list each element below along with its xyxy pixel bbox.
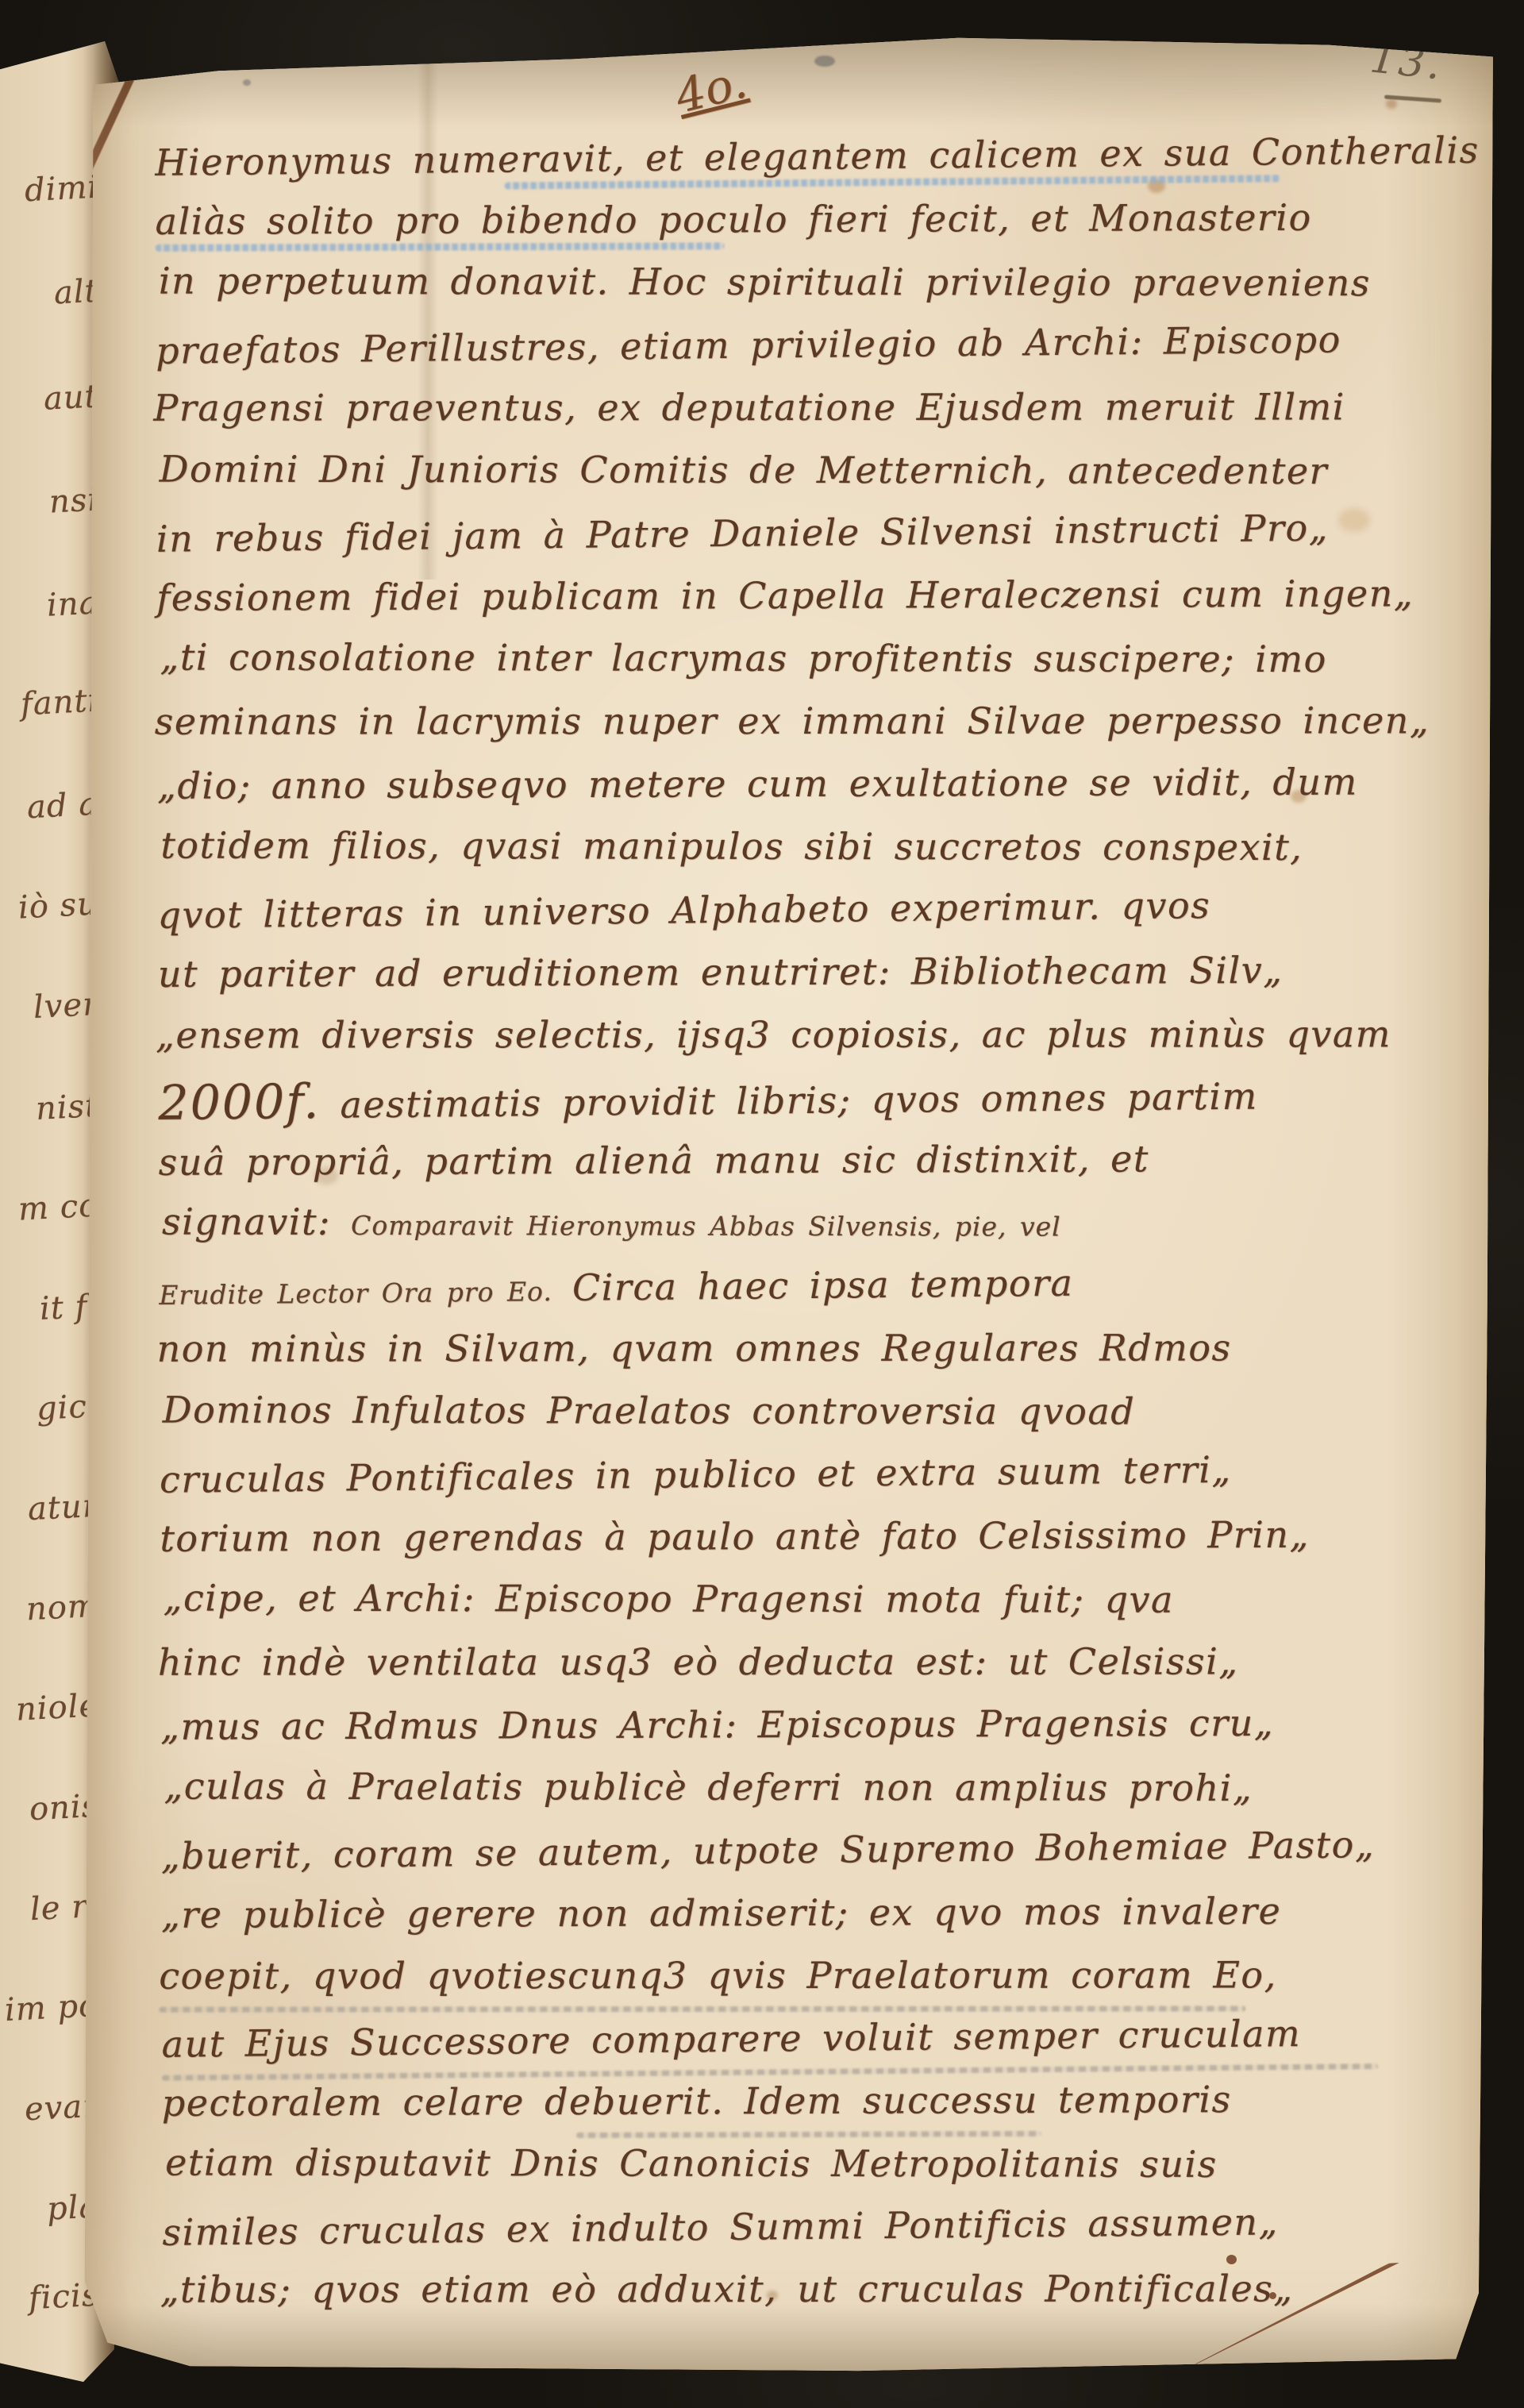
manuscript-line: suâ propriâ, partim alienâ manu sic dist… xyxy=(159,1127,1453,1194)
manuscript-text: praefatos Perillustres, etiam privilegio… xyxy=(156,318,1341,372)
manuscript-text: similes cruculas ex indulto Summi Pontif… xyxy=(162,2200,1279,2253)
manuscript-text: aliàs solito pro bibendo poculo fieri fe… xyxy=(155,196,1311,243)
manuscript-line: „tibus; qvos etiam eò adduxit, ut crucul… xyxy=(160,2257,1454,2321)
manuscript-text: seminans in lacrymis nuper ex immani Sil… xyxy=(155,699,1430,742)
manuscript-text: pectoralem celare debuerit. Idem success… xyxy=(162,2078,1232,2125)
manuscript-text: in rebus fidei jam à Patre Daniele Silve… xyxy=(156,507,1329,561)
manuscript-text: „cipe, et Archi: Episcopo Pragensi mota … xyxy=(164,1577,1174,1621)
manuscript-text: „buerit, coram se autem, utpote Supremo … xyxy=(161,1823,1376,1878)
manuscript-text: „ensem diversis selectis, ijsq3 copiosis… xyxy=(156,1012,1391,1056)
manuscript-line: „dio; anno subseqvo metere cum exultatio… xyxy=(157,750,1451,818)
manuscript-line: seminans in lacrymis nuper ex immani Sil… xyxy=(155,689,1449,753)
manuscript-text: ut pariter ad eruditionem enutriret: Bib… xyxy=(158,949,1283,996)
manuscript-line: „culas à Praelatis publicè deferri non a… xyxy=(164,1755,1457,1820)
manuscript-line: qvot litteras in universo Alphabeto expe… xyxy=(157,872,1452,947)
manuscript-text: „re publicè gerere non admiserit; ex qvo… xyxy=(161,1890,1281,1936)
manuscript-line: similes cruculas ex indulto Summi Pontif… xyxy=(162,2189,1457,2264)
manuscript-line: hinc indè ventilata usq3 eò deducta est:… xyxy=(158,1630,1452,1693)
manuscript-text: Comparavit Hieronymus Abbas Silvensis, p… xyxy=(351,1210,1061,1243)
ink-dot xyxy=(1269,2292,1276,2299)
ink-stain xyxy=(814,56,835,67)
manuscript-line: Domini Dni Junioris Comitis de Metternic… xyxy=(160,438,1453,503)
manuscript-page: 4o. 13. Hieronymus numeravit, et elegant… xyxy=(76,24,1499,2375)
manuscript-photo: { "photo": { "background_color": "#17140… xyxy=(0,0,1524,2408)
manuscript-text: „culas à Praelatis publicè deferri non a… xyxy=(164,1765,1253,1809)
manuscript-line: fessionem fidei publicam in Capella Hera… xyxy=(156,562,1450,630)
manuscript-line: in rebus fidei jam à Patre Daniele Silve… xyxy=(156,495,1451,571)
manuscript-line: coepit, qvod qvotiescunq3 qvis Praelator… xyxy=(159,1944,1453,2007)
manuscript-text: Erudite Lector Ora pro Eo. xyxy=(159,1276,552,1311)
manuscript-text: torium non gerendas à paulo antè fato Ce… xyxy=(160,1513,1310,1560)
manuscript-text-block: Hieronymus numeravit, et elegantem calic… xyxy=(155,123,1457,2323)
manuscript-text: Dominos Infulatos Praelatos controversia… xyxy=(163,1389,1135,1433)
manuscript-text: Pragensi praeventus, ex deputatione Ejus… xyxy=(153,385,1345,429)
manuscript-line: cruculas Pontificales in publico et extr… xyxy=(160,1436,1454,1512)
manuscript-line: Hieronymus numeravit, et elegantem calic… xyxy=(155,119,1449,195)
manuscript-text: Hieronymus numeravit, et elegantem calic… xyxy=(155,129,1480,184)
manuscript-line: praefatos Perillustres, etiam privilegio… xyxy=(156,307,1450,383)
manuscript-text: coepit, qvod qvotiescunq3 qvis Praelator… xyxy=(159,1953,1276,1997)
manuscript-text: suâ propriâ, partim alienâ manu sic dist… xyxy=(159,1137,1149,1183)
manuscript-line: „mus ac Rdmus Dnus Archi: Episcopus Prag… xyxy=(160,1691,1454,1759)
manuscript-line: Pragensi praeventus, ex deputatione Ejus… xyxy=(153,376,1447,439)
manuscript-line: Erudite Lector Ora pro Eo. Circa haec ip… xyxy=(159,1248,1453,1323)
manuscript-text: 2000f. xyxy=(158,1074,321,1131)
manuscript-text: „dio; anno subseqvo metere cum exultatio… xyxy=(157,761,1358,807)
manuscript-text: signavit: xyxy=(162,1200,351,1243)
manuscript-line: aliàs solito pro bibendo poculo fieri fe… xyxy=(155,186,1449,253)
foxing-stain xyxy=(1386,99,1397,109)
page-number: 13. xyxy=(1368,34,1445,89)
manuscript-line: non minùs in Silvam, qvam omnes Regulare… xyxy=(157,1316,1451,1380)
manuscript-text: Domini Dni Junioris Comitis de Metternic… xyxy=(160,448,1328,493)
manuscript-line: „ti consolatione inter lacrymas profiten… xyxy=(160,626,1453,692)
manuscript-text: non minùs in Silvam, qvam omnes Regulare… xyxy=(157,1327,1232,1370)
manuscript-text: totidem filios, qvasi manipulos sibi suc… xyxy=(160,824,1303,869)
page-top-shadow xyxy=(76,24,1499,127)
manuscript-line: „cipe, et Archi: Episcopo Pragensi mota … xyxy=(164,1567,1457,1632)
manuscript-line: torium non gerendas à paulo antè fato Ce… xyxy=(160,1503,1453,1570)
manuscript-line: etiam disputavit Dnis Canonicis Metropol… xyxy=(165,2132,1459,2197)
manuscript-text: fessionem fidei publicam in Capella Hera… xyxy=(156,572,1414,619)
manuscript-text: „tibus; qvos etiam eò adduxit, ut crucul… xyxy=(160,2267,1294,2310)
manuscript-text: etiam disputavit Dnis Canonicis Metropol… xyxy=(165,2141,1218,2186)
manuscript-line: totidem filios, qvasi manipulos sibi suc… xyxy=(160,815,1454,880)
manuscript-line: ut pariter ad eruditionem enutriret: Bib… xyxy=(158,938,1452,1006)
manuscript-text: „ti consolatione inter lacrymas profiten… xyxy=(160,636,1326,681)
manuscript-line: „re publicè gerere non admiserit; ex qvo… xyxy=(161,1879,1455,1947)
manuscript-text: hinc indè ventilata usq3 eò deducta est:… xyxy=(158,1640,1239,1684)
manuscript-text: in perpetuum donavit. Hoc spirituali pri… xyxy=(159,260,1371,305)
manuscript-text: „mus ac Rdmus Dnus Archi: Episcopus Prag… xyxy=(160,1701,1274,1748)
manuscript-line: „ensem diversis selectis, ijsq3 copiosis… xyxy=(156,1003,1449,1066)
manuscript-text: cruculas Pontificales in publico et extr… xyxy=(160,1448,1232,1501)
manuscript-text: qvot litteras in universo Alphabeto expe… xyxy=(157,884,1210,937)
manuscript-text: Circa haec ipsa tempora xyxy=(552,1262,1074,1309)
manuscript-line: signavit: Comparavit Hieronymus Abbas Si… xyxy=(162,1191,1456,1256)
manuscript-line: „buerit, coram se autem, utpote Supremo … xyxy=(160,1813,1455,1888)
manuscript-line: in perpetuum donavit. Hoc spirituali pri… xyxy=(159,250,1453,315)
manuscript-text: aestimatis providit libris; qvos omnes p… xyxy=(320,1075,1258,1127)
ink-dot xyxy=(1226,2255,1237,2264)
manuscript-line: aut Ejus Successore comparere voluit sem… xyxy=(161,2001,1456,2076)
manuscript-line: Dominos Infulatos Praelatos controversia… xyxy=(163,1379,1457,1444)
manuscript-line: pectoralem celare debuerit. Idem success… xyxy=(162,2067,1456,2135)
ink-stain xyxy=(243,79,251,86)
manuscript-line: 2000f. aestimatis providit libris; qvos … xyxy=(158,1060,1453,1135)
manuscript-text: aut Ejus Successore comparere voluit sem… xyxy=(161,2012,1301,2066)
